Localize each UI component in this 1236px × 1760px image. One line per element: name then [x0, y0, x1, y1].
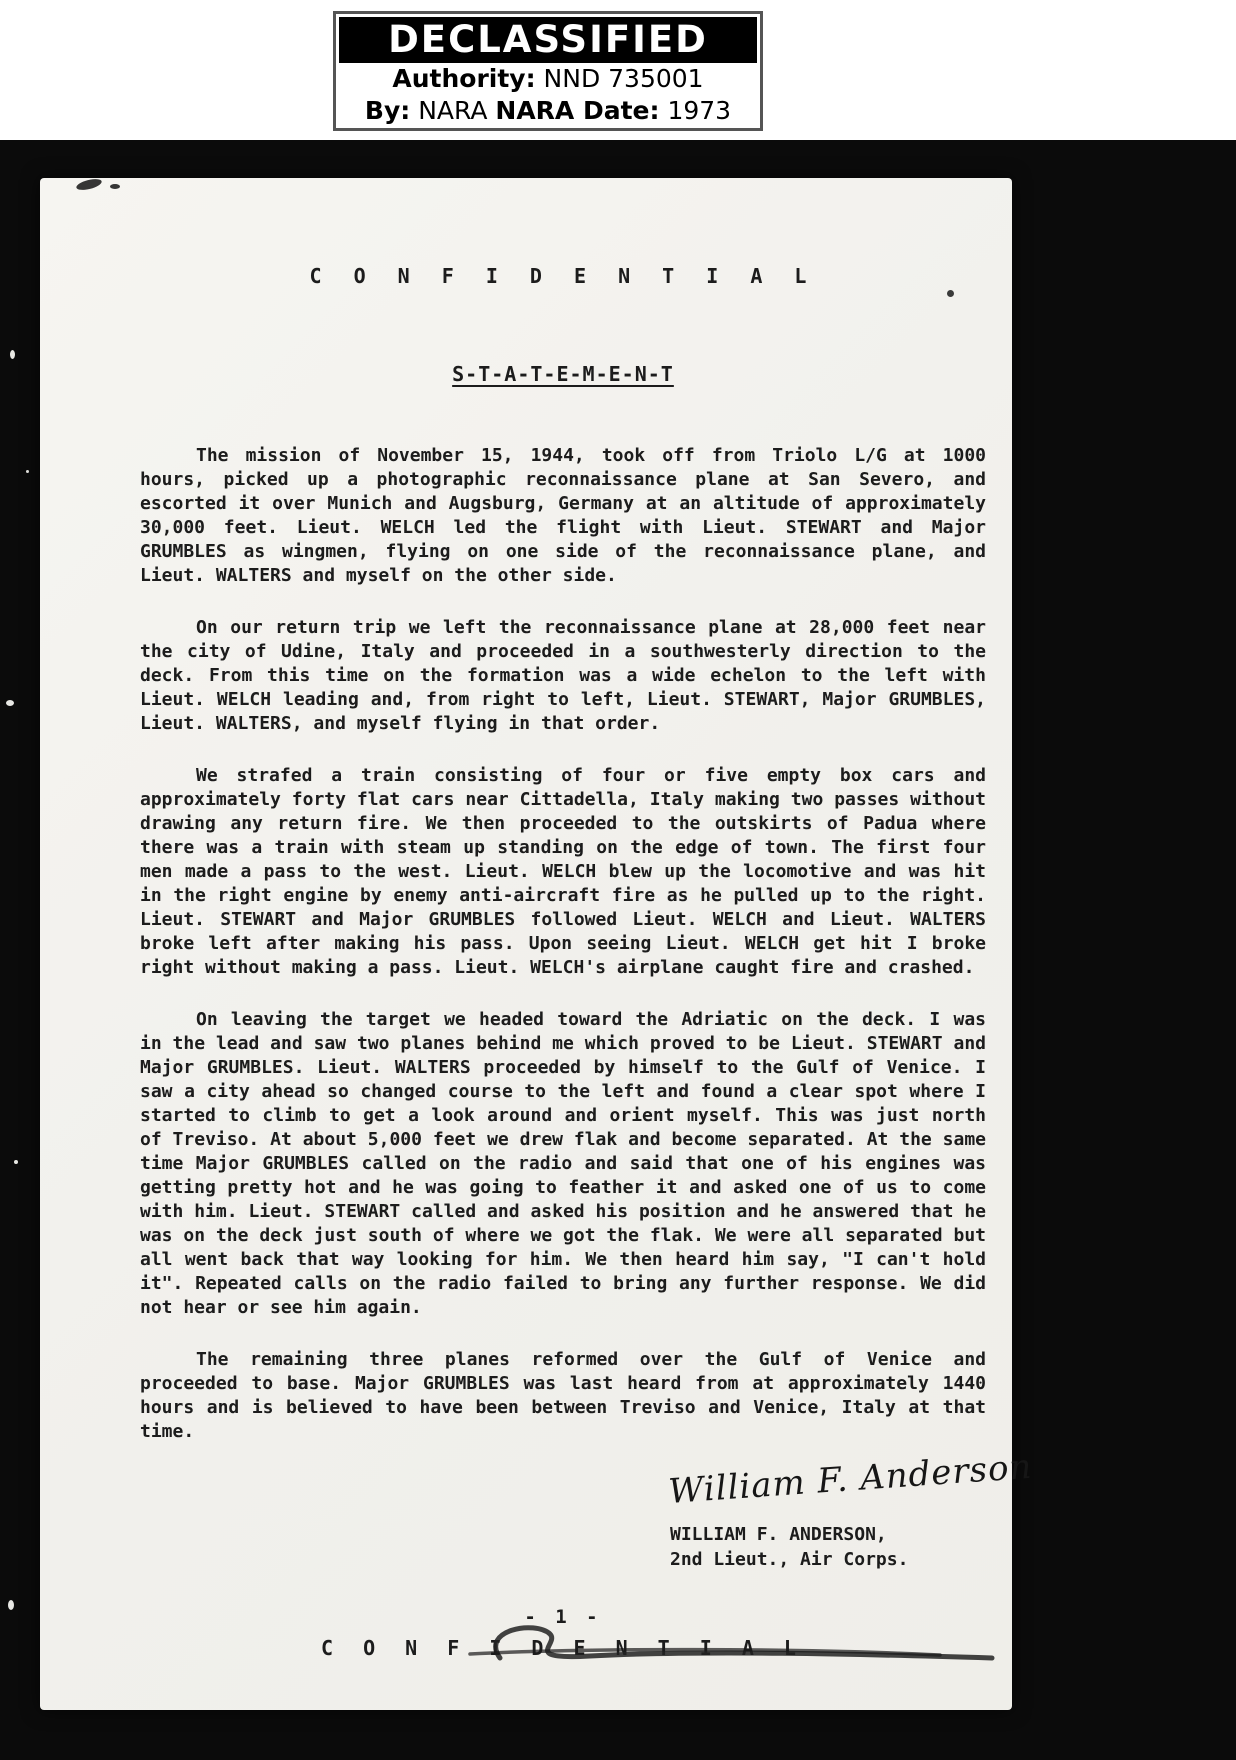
nara-date-value: 1973: [660, 96, 732, 125]
page-content: C O N F I D E N T I A L S-T-A-T-E-M-E-N-…: [40, 178, 1012, 1710]
by-value: NARA: [410, 96, 495, 125]
declassified-title: DECLASSIFIED: [339, 17, 757, 63]
statement-paragraph: On our return trip we left the reconnais…: [140, 616, 986, 736]
scan-artifact: [26, 470, 29, 473]
statement-paragraph: The remaining three planes reformed over…: [140, 1348, 986, 1444]
page-title: S-T-A-T-E-M-E-N-T: [140, 362, 986, 386]
signature-typed-name: WILLIAM F. ANDERSON,: [670, 1522, 986, 1547]
declassified-stamp: DECLASSIFIED Authority: NND 735001 By: N…: [333, 11, 763, 131]
by-label: By:: [365, 96, 410, 125]
handwritten-signature: William F. Anderson: [667, 1450, 985, 1512]
scan-background: C O N F I D E N T I A L S-T-A-T-E-M-E-N-…: [0, 140, 1236, 1760]
stamp-authority-line: Authority: NND 735001: [336, 63, 760, 95]
page-number: - 1 -: [140, 1606, 986, 1628]
authority-label: Authority:: [392, 64, 535, 93]
authority-value: NND 735001: [536, 64, 704, 93]
scan-artifact: [14, 1160, 18, 1164]
scan-artifact: [8, 1600, 14, 1610]
scan-top-margin: DECLASSIFIED Authority: NND 735001 By: N…: [0, 0, 1236, 140]
classification-header: C O N F I D E N T I A L: [140, 264, 986, 288]
signature-typed-title: 2nd Lieut., Air Corps.: [670, 1547, 986, 1572]
statement-paragraph: On leaving the target we headed toward t…: [140, 1008, 986, 1320]
classification-footer-wrap: C O N F I D E N T I A L: [140, 1636, 986, 1660]
signature-block: William F. Anderson WILLIAM F. ANDERSON,…: [670, 1472, 986, 1572]
stamp-by-line: By: NARA NARA Date: 1973: [336, 95, 760, 127]
classification-footer: C O N F I D E N T I A L: [321, 1636, 805, 1660]
document-page: C O N F I D E N T I A L S-T-A-T-E-M-E-N-…: [40, 178, 1012, 1710]
nara-date-label: NARA Date:: [495, 96, 659, 125]
statement-paragraph: We strafed a train consisting of four or…: [140, 764, 986, 980]
scan-artifact: [10, 350, 15, 359]
scan-artifact: [6, 700, 14, 706]
statement-paragraph: The mission of November 15, 1944, took o…: [140, 444, 986, 588]
